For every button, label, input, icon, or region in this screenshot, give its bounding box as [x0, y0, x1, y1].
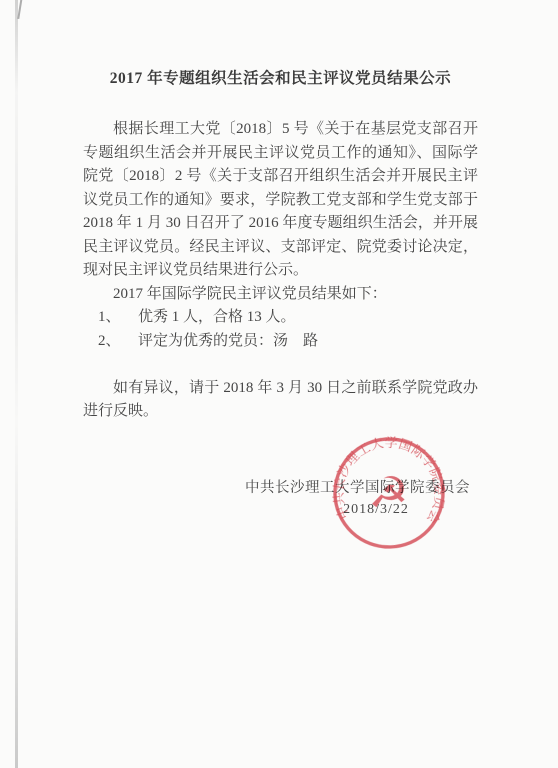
document-body: 根据长理工大党〔2018〕5 号《关于在基层党支部召开专题组织生活会并开展民主评… — [83, 118, 478, 424]
scanner-corner-mark — [17, 0, 22, 19]
official-seal: 中共长沙理工大学国际学院委员会 ☭ — [326, 430, 452, 556]
hammer-sickle-icon: ☭ — [368, 467, 411, 521]
list-item-number: 2、 — [98, 330, 138, 354]
list-item: 1、 优秀 1 人，合格 13 人。 — [83, 306, 478, 330]
list-item: 2、 评定为优秀的党员：汤 路 — [83, 330, 478, 354]
list-item-text: 评定为优秀的党员：汤 路 — [138, 330, 478, 354]
list-item-number: 1、 — [98, 306, 138, 330]
list-item-text: 优秀 1 人，合格 13 人。 — [138, 306, 478, 330]
paragraph-objection-notice: 如有异议，请于 2018 年 3 月 30 日之前联系学院党政办进行反映。 — [83, 377, 478, 424]
scanner-edge-artifact — [15, 0, 18, 768]
paragraph-basis: 根据长理工大党〔2018〕5 号《关于在基层党支部召开专题组织生活会并开展民主评… — [83, 118, 478, 283]
paragraph-results-intro: 2017 年国际学院民主评议党员结果如下： — [83, 283, 478, 307]
scanned-notice-page: 2017 年专题组织生活会和民主评议党员结果公示 根据长理工大党〔2018〕5 … — [0, 0, 558, 768]
official-seal-graphic: 中共长沙理工大学国际学院委员会 ☭ — [326, 430, 452, 556]
document-title: 2017 年专题组织生活会和民主评议党员结果公示 — [83, 66, 478, 88]
